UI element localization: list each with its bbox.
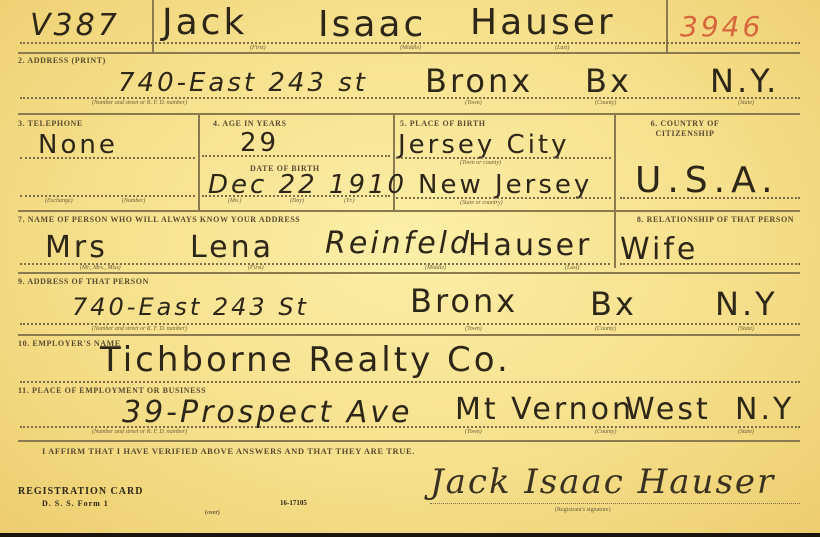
affirmation-text: I Affirm That I Have Verified Above Answ… xyxy=(42,446,415,456)
signature-label: (Registrant's signature) xyxy=(555,507,611,513)
divider xyxy=(614,115,616,210)
section-rule xyxy=(18,440,800,442)
employment-town: Mt Vernon xyxy=(455,392,634,427)
divider xyxy=(614,212,616,268)
dotted-line xyxy=(202,155,390,157)
telephone-value: None xyxy=(38,130,118,160)
employment-state-sub: (State) xyxy=(738,429,754,435)
first-name: Jack xyxy=(162,2,247,43)
contact-first-sub: (First) xyxy=(248,265,264,271)
dotted-line xyxy=(396,157,611,159)
contact-address-county: Bx xyxy=(590,285,637,323)
dotted-line xyxy=(20,323,800,325)
section-rule xyxy=(18,210,800,212)
birth-town-sub: (Town or county) xyxy=(460,160,501,166)
relationship-label: 8. Relationship of That Person xyxy=(628,215,803,225)
contact-address-label: 9. Address of That Person xyxy=(18,277,149,286)
signature-line xyxy=(430,503,800,504)
divider xyxy=(666,0,668,52)
relationship-value: Wife xyxy=(620,232,698,267)
order-number: 3946 xyxy=(680,10,763,43)
form-id: D. S. S. Form 1 xyxy=(42,499,109,508)
section-rule xyxy=(18,272,800,274)
dotted-line xyxy=(20,381,800,383)
contact-address-street-sub: (Number and street or R. F. D. number) xyxy=(92,326,187,332)
contact-address-state: N.Y xyxy=(715,285,778,323)
address-county: Bx xyxy=(585,62,632,100)
contact-middle: Reinfeld xyxy=(325,226,472,261)
section-rule xyxy=(18,334,800,336)
address-town: Bronx xyxy=(425,62,533,100)
contact-last: Hauser xyxy=(468,228,592,263)
section-rule xyxy=(18,113,800,115)
last-name: Hauser xyxy=(470,2,616,43)
address-county-sub: (County) xyxy=(595,100,616,106)
contact-address-street: 740-East 243 St xyxy=(72,293,309,321)
dotted-line xyxy=(20,97,800,99)
employment-county: West xyxy=(625,392,711,427)
age-value: 29 xyxy=(240,128,279,158)
divider xyxy=(198,115,200,210)
dotted-line xyxy=(20,42,800,44)
citizenship-value: U.S.A. xyxy=(635,160,779,201)
exchange-sub: (Exchange) xyxy=(45,198,73,204)
contact-address-state-sub: (State) xyxy=(738,326,754,332)
registrant-signature: Jack Isaac Hauser xyxy=(430,462,775,502)
employment-street: 39-Prospect Ave xyxy=(122,395,412,430)
telephone-label: 3. Telephone xyxy=(18,119,83,128)
dotted-line xyxy=(20,426,800,428)
contact-person-label: 7. Name of Person Who Will Always Know Y… xyxy=(18,215,300,224)
contact-address-county-sub: (County) xyxy=(595,326,616,332)
last-name-label: (Last) xyxy=(555,45,569,51)
section-rule xyxy=(18,52,800,54)
serial-number: V387 xyxy=(30,8,120,43)
dotted-line xyxy=(620,197,800,199)
birth-town: Jersey City xyxy=(398,130,570,160)
birth-year-sub: (Yr.) xyxy=(344,198,355,204)
contact-address-town: Bronx xyxy=(410,282,518,320)
employment-place-label: 11. Place of Employment or Business xyxy=(18,386,206,395)
birth-day-sub: (Day) xyxy=(290,198,304,204)
address-state-sub: (State) xyxy=(738,100,754,106)
age-label: 4. Age in Years xyxy=(213,119,287,128)
address-label: 2. Address (Print) xyxy=(18,56,106,65)
birth-month-sub: (Mo.) xyxy=(228,198,242,204)
employment-state: N.Y xyxy=(735,392,794,427)
address-town-sub: (Town) xyxy=(465,100,482,106)
address-street: 740-East 243 st xyxy=(118,68,368,98)
divider xyxy=(152,0,154,52)
contact-title-sub: (Mr., Mrs., Miss) xyxy=(80,265,121,271)
dotted-line xyxy=(20,195,195,197)
dotted-line xyxy=(202,195,390,197)
number-sub: (Number) xyxy=(122,198,145,204)
bottom-edge xyxy=(0,533,820,537)
form-number: 16-17105 xyxy=(280,499,307,507)
form-title: Registration Card xyxy=(18,486,143,497)
middle-name: Isaac xyxy=(318,4,426,45)
contact-middle-sub: (Middle) xyxy=(425,265,446,271)
first-name-label: (First) xyxy=(250,45,266,51)
contact-title: Mrs xyxy=(45,230,108,265)
birth-state: New Jersey xyxy=(418,170,592,200)
form-over: (over) xyxy=(205,510,220,516)
employer-value: Tichborne Realty Co. xyxy=(100,340,511,380)
contact-address-town-sub: (Town) xyxy=(465,326,482,332)
citizenship-label: 6. Country of Citizenship xyxy=(630,119,740,139)
dotted-line xyxy=(620,263,800,265)
employment-county-sub: (County) xyxy=(595,429,616,435)
address-street-sub: (Number and street or R. F. D. number) xyxy=(92,100,187,106)
contact-last-sub: (Last) xyxy=(565,265,579,271)
address-state: N.Y. xyxy=(710,62,779,100)
birth-place-label: 5. Place of Birth xyxy=(400,119,486,128)
dotted-line xyxy=(396,197,611,199)
employment-street-sub: (Number and street or R. F. D. number) xyxy=(92,429,187,435)
middle-name-label: (Middle) xyxy=(400,45,421,51)
dotted-line xyxy=(20,157,195,159)
contact-first: Lena xyxy=(190,230,274,265)
employment-town-sub: (Town) xyxy=(465,429,482,435)
birth-state-sub: (State or country) xyxy=(460,200,503,206)
